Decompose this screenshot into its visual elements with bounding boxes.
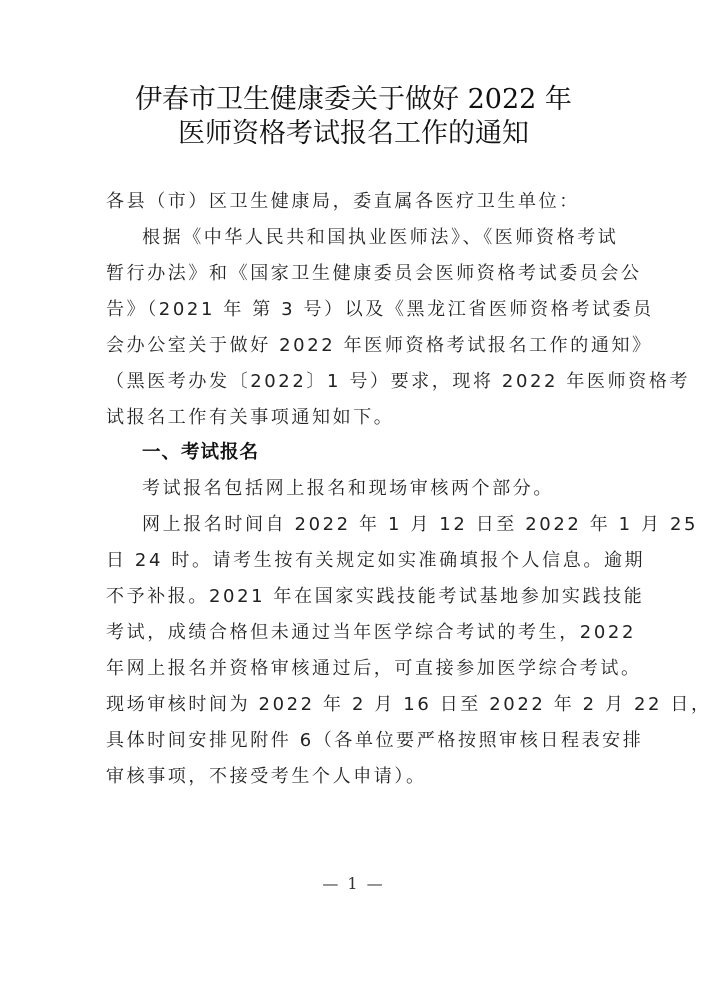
paragraph-1-line: 试报名工作有关事项通知如下。 [106, 406, 606, 430]
paragraph-3-line: 年网上报名并资格审核通过后，可直接参加医学综合考试。 [106, 657, 606, 681]
document-title-line-1: 伊春市卫生健康委关于做好 2022 年 [0, 83, 707, 117]
paragraph-2-line: 考试报名包括网上报名和现场审核两个部分。 [142, 477, 642, 501]
paragraph-3-line: 日 24 时。请考生按有关规定如实准确填报个人信息。逾期 [106, 549, 606, 573]
paragraph-1-line: 根据《中华人民共和国执业医师法》、《医师资格考试 [142, 226, 642, 250]
salutation: 各县（市）区卫生健康局，委直属各医疗卫生单位： [106, 190, 606, 214]
paragraph-3-line: 考试，成绩合格但未通过当年医学综合考试的考生，2022 [106, 621, 606, 645]
paragraph-1-line: 告》（2021 年 第 3 号）以及《黑龙江省医师资格考试委员 [106, 298, 606, 322]
paragraph-3-line: 审核事项，不接受考生个人申请）。 [106, 765, 606, 789]
paragraph-3-line: 现场审核时间为 2022 年 2 月 16 日至 2022 年 2 月 22 日… [106, 693, 606, 717]
paragraph-3-line: 不予补报。2021 年在国家实践技能考试基地参加实践技能 [106, 585, 606, 609]
paragraph-3-line: 具体时间安排见附件 6（各单位要严格按照审核日程表安排 [106, 729, 606, 753]
paragraph-1-line: 暂行办法》和《国家卫生健康委员会医师资格考试委员会公 [106, 262, 606, 286]
paragraph-1-line: （黑医考办发〔2022〕1 号）要求，现将 2022 年医师资格考 [106, 370, 606, 394]
paragraph-3-line: 网上报名时间自 2022 年 1 月 12 日至 2022 年 1 月 25 [142, 513, 642, 537]
document-page: 伊春市卫生健康委关于做好 2022 年 医师资格考试报名工作的通知 各县（市）区… [0, 0, 707, 1000]
paragraph-1-line: 会办公室关于做好 2022 年医师资格考试报名工作的通知》 [106, 334, 606, 358]
document-title-line-2: 医师资格考试报名工作的通知 [0, 117, 707, 151]
section-heading: 一、考试报名 [142, 441, 642, 465]
page-number: — 1 — [0, 874, 707, 893]
